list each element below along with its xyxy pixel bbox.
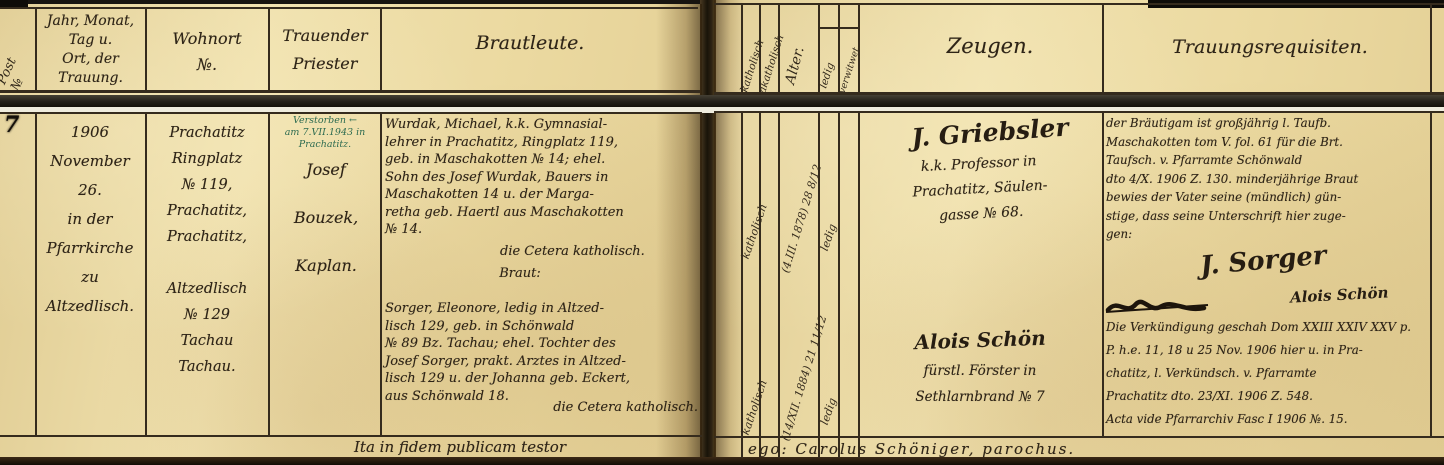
entry-bride: Sorger, Eleonore, ledig in Altzed- lisch…: [385, 300, 697, 405]
grid-line: [380, 113, 382, 435]
col-header-zeugen: Zeugen.: [900, 34, 1080, 58]
requisiten-text-top: der Bräutigam ist großjährig l. Taufb. M…: [1106, 114, 1434, 244]
entry-priester-death-note: Verstorben ← am 7.VII.1943 in Prachatitz…: [270, 115, 380, 151]
col-header-wohnort: Wohnort №.: [148, 26, 266, 78]
bottom-edge: [0, 457, 1444, 465]
grid-line: [1102, 112, 1104, 437]
grid-line: [714, 3, 1444, 5]
grid-line: [380, 8, 382, 91]
grid-line: [35, 8, 37, 91]
entry-groom-religion-note: die Cetera katholisch.: [500, 244, 700, 259]
grid-line: [268, 113, 270, 435]
right-fold-shadow: [714, 0, 744, 465]
col-header-date: Jahr, Monat, Tag u. Ort, der Trauung.: [38, 12, 143, 88]
witness1-details: k.k. Professor in Prachatitz, Säulen- ga…: [868, 146, 1092, 232]
grid-line: [714, 111, 1444, 113]
grid-line: [145, 8, 147, 91]
entry-bride-religion-note: die Cetera katholisch.: [500, 400, 698, 415]
grid-line: [818, 27, 860, 29]
grid-line: [145, 113, 147, 435]
grid-line: [0, 112, 702, 114]
entry-braut-label: Braut:: [470, 266, 570, 281]
requisiten-text-bottom: Die Verkündigung geschah Dom XXIII XXIV …: [1106, 316, 1436, 431]
col-header-brautleute: Brautleute.: [400, 32, 660, 54]
grid-line: [268, 8, 270, 91]
scan-seam-dark: [0, 95, 1444, 107]
entry-wohnort: Prachatitz Ringplatz № 119, Prachatitz, …: [148, 120, 266, 380]
register-scan: Post № Jahr, Monat, Tag u. Ort, der Trau…: [0, 0, 1444, 465]
grid-line: [858, 112, 860, 458]
grid-line: [0, 7, 698, 9]
grid-line: [0, 435, 702, 437]
right-page-attestation: ego: Carolus Schöniger, parochus.: [748, 440, 1248, 458]
entry-priester: Josef Bouzek, Kaplan.: [276, 158, 376, 278]
grid-line: [778, 112, 780, 458]
witness2-details: fürstl. Förster in Sethlarnbrand № 7: [870, 358, 1090, 410]
col-header-priester: Trauender Priester: [272, 22, 378, 78]
entry-post-number: 7: [4, 112, 19, 138]
entry-date: 1906 November 26. in der Pfarrkirche zu …: [37, 118, 143, 321]
grid-line: [714, 92, 1444, 95]
entry-groom: Wurdak, Michael, k.k. Gymnasial- lehrer …: [385, 116, 697, 239]
grid-line: [714, 436, 1444, 438]
grid-line: [0, 90, 700, 93]
left-page-attestation: Ita in fidem publicam testor: [280, 438, 640, 456]
grid-line: [1102, 4, 1104, 92]
grid-line: [1430, 4, 1432, 92]
col-header-requisiten: Trauungsrequisiten.: [1120, 36, 1420, 58]
grid-line: [741, 112, 743, 458]
grid-line: [838, 112, 840, 458]
